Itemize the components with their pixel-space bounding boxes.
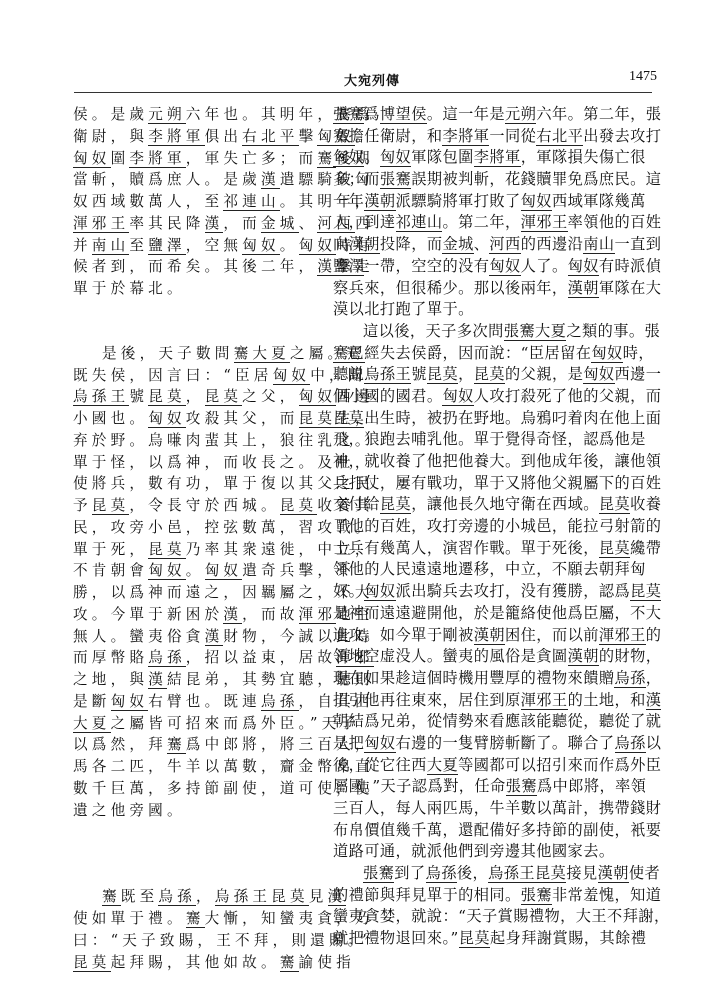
proper-noun: 漢朝 <box>349 235 380 254</box>
proper-noun: 金城 <box>442 235 473 254</box>
text-line: 弃於野。烏嗛肉蜚其上，狼往乳之。 <box>73 430 339 452</box>
proper-noun: 昆莫 <box>474 365 505 384</box>
proper-noun: 張騫 <box>506 777 537 796</box>
proper-noun: 漢朝 <box>568 647 599 666</box>
proper-noun: 張騫 <box>504 322 535 341</box>
text-line: 是把匈奴右邊的一隻臂膀斬斷了。聯合了烏孫以 <box>333 733 651 755</box>
text-line: 是神而遠遠避開他，於是籠絡使他爲臣屬，不大 <box>333 603 651 625</box>
proper-noun: 漢 <box>205 628 224 646</box>
text-line: 烏孫王號昆莫，昆莫之父，匈奴西邊 <box>73 386 339 408</box>
proper-noun: 昆莫 <box>630 582 661 601</box>
proper-noun: 匈奴 <box>242 237 280 255</box>
text-line: 漠以北打跑了單于。 <box>333 299 651 321</box>
text-line: 是後，天子數問騫大夏之屬。騫 <box>73 343 339 365</box>
proper-noun: 漢朝 <box>568 279 599 298</box>
text-line: 就把禮物退回來。”昆莫起身拜謝賞賜，其餘禮 <box>333 928 651 950</box>
proper-noun: 烏孫 <box>426 864 457 883</box>
proper-noun: 烏孫王 <box>73 388 129 406</box>
text-line: 奴西域數萬人，至祁連山。其明年， <box>73 191 339 213</box>
proper-noun: 河西 <box>489 235 520 254</box>
text-line: 三百人，每人兩匹馬，牛羊數以萬計，携帶錢財 <box>333 798 651 820</box>
proper-noun: 匈奴 <box>333 148 364 167</box>
proper-noun: 漢 <box>223 606 242 624</box>
proper-noun: 李將軍 <box>148 128 204 146</box>
proper-noun: 昆莫 <box>380 495 411 514</box>
text-line: 衛尉，與李將軍俱出右北平擊匈奴。 <box>73 126 339 148</box>
text-line: 騫既至烏孫，烏孫王昆莫見漢 <box>73 886 339 908</box>
text-line: 布帛價值幾千萬，還配備好多持節的副使，衹要 <box>333 820 651 842</box>
proper-noun: 匈奴 <box>521 192 552 211</box>
paragraph: 騫既至烏孫，烏孫王昆莫見漢 使如單于禮。騫大慚，知蠻夷貪，乃 曰：“天子致賜，王… <box>73 886 339 973</box>
proper-noun: 渾邪王 <box>73 215 129 233</box>
proper-noun: 祁連山 <box>396 213 443 232</box>
text-line: 而厚幣賂烏孫，招以益東，居故渾邪 <box>73 647 339 669</box>
proper-noun: 漢 <box>646 691 662 710</box>
text-line: 使將兵，數有功，單于復以其父之民 <box>73 473 339 495</box>
proper-noun: 騫 <box>333 127 349 146</box>
proper-noun: 騫 <box>234 345 253 363</box>
proper-noun: 右北平 <box>536 127 583 146</box>
proper-noun: 騫 <box>333 344 349 363</box>
text-line: 數千巨萬，多持節副使，道可使，使 <box>73 778 339 800</box>
proper-noun: 烏孫 <box>614 669 645 688</box>
proper-noun: 李將軍 <box>442 127 489 146</box>
proper-noun: 南山 <box>92 237 130 255</box>
proper-noun: 匈奴 <box>591 344 622 363</box>
proper-noun: 騫 <box>280 954 299 972</box>
proper-noun: 鹽澤 <box>148 237 186 255</box>
text-line: 之地，與漢結昆弟，其勢宜聽，聽則 <box>73 669 339 691</box>
proper-noun: 匈奴 <box>380 148 411 167</box>
proper-noun: 祁連山 <box>223 193 279 211</box>
proper-noun: 昆莫 <box>599 539 630 558</box>
proper-noun: 匈奴 <box>299 388 337 406</box>
proper-noun: 烏孫王 <box>364 365 411 384</box>
text-line: 神，就收養了他把他養大。到他成年後，讓他領 <box>333 451 651 473</box>
proper-noun: 渾邪王 <box>599 626 646 645</box>
proper-noun: 大夏 <box>252 345 290 363</box>
proper-noun: 烏孫 <box>148 649 186 667</box>
text-line: 察兵來，但很稀少。那以後兩年，漢朝軍隊在大 <box>333 278 651 300</box>
text-line: 領他的人民遠遠地遷移，中立，不願去朝拜匈 <box>333 559 651 581</box>
text-line: 予昆莫，令長守於西城。昆莫收養其 <box>73 495 339 517</box>
proper-noun: 博望侯 <box>380 105 427 124</box>
proper-noun: 昆莫 <box>535 864 566 883</box>
text-line: 騫已經失去侯爵，因而說：“臣居留在匈奴時， <box>333 343 651 365</box>
text-line: 并南山至鹽澤，空無匈奴。匈奴時有 <box>73 235 339 257</box>
paragraph-gap <box>73 300 339 343</box>
text-line: 既失侯，因言曰：“臣居匈奴中，聞 <box>73 365 339 387</box>
proper-noun: 右北平 <box>242 128 298 146</box>
text-line: 小國也。匈奴攻殺其父，而昆莫生， <box>73 408 339 430</box>
proper-noun: 匈奴 <box>364 582 395 601</box>
original-text-column: 侯。是歲元朔六年也。其明年，騫爲 衛尉，與李將軍俱出右北平擊匈奴。 匈奴圍李將軍… <box>73 104 339 973</box>
proper-noun: 漢朝 <box>364 192 395 211</box>
text-line: 單于怪，以爲神，而收長之。及壯， <box>73 452 339 474</box>
proper-noun: 騫 <box>186 910 205 928</box>
text-line: 渾邪王率其民降漢，而金城、河西西 <box>73 213 339 235</box>
proper-noun: 漢 <box>205 215 224 233</box>
proper-noun: 昆莫 <box>73 954 111 972</box>
text-line: 不肯朝會匈奴。匈奴遣奇兵擊，不 <box>73 560 339 582</box>
proper-noun: 南山 <box>583 235 614 254</box>
proper-noun: 渾邪 <box>299 606 337 624</box>
proper-noun: 大夏 <box>427 756 458 775</box>
text-line: 交付給昆莫，讓他長久地守衛在西域。昆莫收養 <box>333 494 651 516</box>
proper-noun: 漢 <box>148 671 167 689</box>
proper-noun: 大夏 <box>73 715 111 733</box>
text-line: 後，從它往西大夏等國都可以招引來而作爲外臣 <box>333 755 651 777</box>
text-line: 了他的百姓，攻打旁邊的小城邑，能拉弓射箭的 <box>333 516 651 538</box>
text-line: 人，到達祁連山。第二年，渾邪王率領他的百姓 <box>333 212 651 234</box>
text-line: 現在如果趁這個時機用豐厚的禮物來饋贈烏孫， <box>333 668 651 690</box>
page-number: 1475 <box>629 69 657 85</box>
paragraph: 這以後，天子多次問張騫大夏之類的事。張 騫已經失去侯爵，因而說：“臣居留在匈奴時… <box>333 321 651 863</box>
proper-noun: 匈奴 <box>364 734 395 753</box>
proper-noun: 昆莫 <box>92 497 130 515</box>
text-line: 道路可通，就派他們到旁邊其他國家去。 <box>333 841 651 863</box>
text-line: 曰：“天子致賜，王不拜，則還賜。” <box>73 930 339 952</box>
proper-noun: 匈奴 <box>489 257 520 276</box>
proper-noun: 張騫 <box>380 170 411 189</box>
text-line: 多；而張騫誤期被判斬，花錢贖罪免爲庶民。這 <box>333 169 651 191</box>
proper-noun: 渾邪王 <box>521 213 568 232</box>
page-header: 大宛列傳 1475 <box>74 0 652 101</box>
text-line: 馬各二匹，牛羊以萬數，齎金幣帛直 <box>73 756 339 778</box>
text-line: 招引他再往東來，居住到原渾邪王的土地，和漢 <box>333 690 651 712</box>
running-title: 大宛列傳 <box>344 70 400 89</box>
text-line: 單于於幕北。 <box>73 278 339 300</box>
proper-noun: 昆莫 <box>333 409 364 428</box>
proper-noun: 昆莫 <box>205 388 243 406</box>
text-line: 張騫爲博望侯。這一年是元朔六年。第二年，張 <box>333 104 651 126</box>
proper-noun: 匈奴 <box>299 237 337 255</box>
proper-noun: 匈奴 <box>583 365 614 384</box>
proper-noun: 昆莫 <box>599 495 630 514</box>
proper-noun: 匈奴 <box>148 410 186 428</box>
text-line: 一年漢朝派驃騎將軍打敗了匈奴西域軍隊幾萬 <box>333 191 651 213</box>
text-line: 使如單于禮。騫大慚，知蠻夷貪，乃 <box>73 908 339 930</box>
proper-noun: 元朔 <box>148 106 186 124</box>
text-line: 勝，以爲神而遠之，因羈屬之，不大 <box>73 582 339 604</box>
text-line: 騫擔任衛尉，和李將軍一同從右北平出發去攻打 <box>333 126 651 148</box>
proper-noun: 昆莫 <box>299 410 337 428</box>
proper-noun: 漢 <box>261 171 280 189</box>
text-line: 進攻。如今單于剛被漢朝困住，而以前渾邪王的 <box>333 625 651 647</box>
proper-noun: 張騫 <box>521 886 552 905</box>
proper-noun: 漢朝 <box>474 626 505 645</box>
text-line: 昆莫出生時，被扔在野地。烏鴉叼着肉在他上面 <box>333 408 651 430</box>
proper-noun: 昆莫 <box>148 541 186 559</box>
proper-noun: 烏孫 <box>158 888 196 906</box>
text-line: 飛，狼跑去哺乳他。單于覺得奇怪，認爲他是 <box>333 429 651 451</box>
text-line: 這以後，天子多次問張騫大夏之類的事。張 <box>333 321 651 343</box>
proper-noun: 昆莫 <box>271 888 309 906</box>
proper-noun: 渾邪王 <box>521 691 568 710</box>
text-line: 的禮節與拜見單于的相同。張騫非常羞愧，知道 <box>333 885 651 907</box>
text-line: 向漢朝投降，而金城、河西的西邊沿南山一直到 <box>333 234 651 256</box>
text-line: 是斷匈奴右臂也。既連烏孫，自其西 <box>73 691 339 713</box>
text-line: 兵打仗，屢有戰功，單于又將他父親屬下的百姓 <box>333 473 651 495</box>
proper-noun: 烏孫王 <box>215 888 271 906</box>
proper-noun: 昆莫 <box>148 388 186 406</box>
proper-noun: 匈奴 <box>205 562 243 580</box>
paragraph: 張騫爲博望侯。這一年是元朔六年。第二年，張 騫擔任衛尉，和李將軍一同從右北平出發… <box>333 104 651 321</box>
paragraph: 張騫到了烏孫後，烏孫王昆莫接見漢朝使者 的禮節與拜見單于的相同。張騫非常羞愧，知… <box>333 863 651 950</box>
text-line: 屬國。”天子認爲對，任命張騫爲中郎將，率領 <box>333 776 651 798</box>
paragraph: 是後，天子數問騫大夏之屬。騫 既失侯，因言曰：“臣居匈奴中，聞 烏孫王號昆莫，昆… <box>73 343 339 822</box>
text-line: 個小國的國君。匈奴人攻打殺死了他的父親，而 <box>333 386 651 408</box>
text-line: 單于死，昆莫乃率其衆遠徙，中立， <box>73 539 339 561</box>
text-line: 張騫到了烏孫後，烏孫王昆莫接見漢朝使者 <box>333 863 651 885</box>
text-line: 當斬，贖爲庶人。是歲漢遣驃騎破匈 <box>73 169 339 191</box>
proper-noun: 騫 <box>102 888 121 906</box>
text-line: 無人。蠻夷俗貪漢財物，今誠以此時 <box>73 626 339 648</box>
proper-noun: 匈奴 <box>73 150 111 168</box>
text-line: 大夏之屬皆可招來而爲外臣。”天子 <box>73 713 339 735</box>
text-line: 候者到，而希矣。其後二年，漢擊走 <box>73 256 339 278</box>
text-line: 鹽澤一帶，空空的没有匈奴人了。匈奴有時派偵 <box>333 256 651 278</box>
text-line: 昆莫起拜賜，其他如故。騫諭使指 <box>73 952 339 974</box>
proper-noun: 烏孫 <box>261 693 299 711</box>
text-line: 以爲然，拜騫爲中郎將，將三百人， <box>73 734 339 756</box>
proper-noun: 匈奴 <box>111 693 149 711</box>
text-line: 侯。是歲元朔六年也。其明年，騫爲 <box>73 104 339 126</box>
header-rule <box>74 92 652 93</box>
proper-noun: 大夏 <box>535 322 566 341</box>
text-line: 蠻夷貪婪，就說：“天子賞賜禮物，大王不拜謝， <box>333 906 651 928</box>
text-line: 聽説烏孫王號昆莫，昆莫的父親，是匈奴西邊一 <box>333 364 651 386</box>
proper-noun: 匈奴 <box>568 257 599 276</box>
text-line: 士兵有幾萬人，演習作戰。單于死後，昆莫纔帶 <box>333 538 651 560</box>
paragraph-gap <box>73 821 339 886</box>
proper-noun: 元朔 <box>505 105 536 124</box>
proper-noun: 昆莫 <box>280 497 318 515</box>
proper-noun: 匈奴 <box>442 387 473 406</box>
proper-noun: 張騫 <box>363 864 394 883</box>
proper-noun: 烏孫王 <box>488 864 535 883</box>
proper-noun: 張騫 <box>333 105 364 124</box>
text-line: 攻。今單于新困於漢，而故渾邪地空 <box>73 604 339 626</box>
proper-noun: 李將軍 <box>474 148 521 167</box>
text-line: 遺之他旁國。 <box>73 800 339 822</box>
proper-noun: 昆莫 <box>427 365 458 384</box>
text-line: 匈奴。匈奴軍隊包圍李將軍，軍隊損失傷亡很 <box>333 147 651 169</box>
text-line: 奴。匈奴派出騎兵去攻打，没有獲勝，認爲昆莫 <box>333 581 651 603</box>
proper-noun: 匈奴 <box>148 562 186 580</box>
proper-noun: 鹽澤 <box>333 257 364 276</box>
text-line: 匈奴圍李將軍，軍失亡多；而騫後期 <box>73 148 339 170</box>
proper-noun: 金城 <box>261 215 299 233</box>
text-line: 朝結爲兄弟，從情勢來看應該能聽從，聽從了就 <box>333 711 651 733</box>
proper-noun: 騫 <box>167 736 186 754</box>
proper-noun: 昆莫 <box>459 929 490 948</box>
proper-noun: 李將軍 <box>129 150 185 168</box>
translation-column: 張騫爲博望侯。這一年是元朔六年。第二年，張 騫擔任衛尉，和李將軍一同從右北平出發… <box>333 104 651 950</box>
proper-noun: 漢朝 <box>598 864 629 883</box>
proper-noun: 匈奴 <box>273 367 311 385</box>
text-line: 領地空虚没人。蠻夷的風俗是貪圖漢朝的財物， <box>333 646 651 668</box>
proper-noun: 烏孫 <box>615 734 646 753</box>
paragraph: 侯。是歲元朔六年也。其明年，騫爲 衛尉，與李將軍俱出右北平擊匈奴。 匈奴圍李將軍… <box>73 104 339 300</box>
text-line: 民，攻旁小邑，控弦數萬，習攻戰。 <box>73 517 339 539</box>
